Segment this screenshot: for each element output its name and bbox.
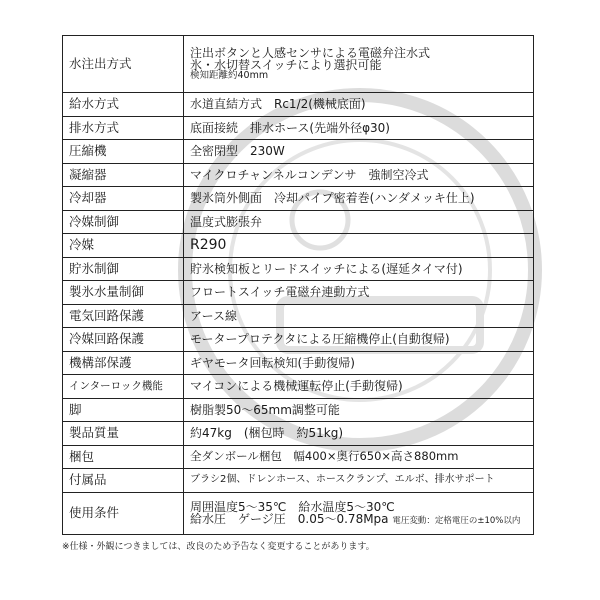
row-value: 約47kg (梱包時 約51kg) — [184, 422, 534, 446]
table-row: 電気回路保護アース線 — [63, 304, 534, 328]
value-line: 給水圧 ゲージ圧 0.05～0.78Mpa — [190, 512, 389, 526]
row-label: 電気回路保護 — [63, 304, 184, 328]
value-line: 電圧変動：定格電圧の±10%以内 — [392, 516, 520, 526]
row-value: 全密閉型 230W — [184, 140, 534, 164]
row-value: モータープロテクタによる圧縮機停止(自動復帰) — [184, 328, 534, 352]
row-value: 樹脂製50～65mm調整可能 — [184, 398, 534, 422]
row-value: フロートスイッチ電磁弁連動方式 — [184, 281, 534, 305]
table-row: 付属品ブラシ2個、ドレンホース、ホースクランプ、エルボ、排水サポート — [63, 469, 534, 493]
table-row: 使用条件 周囲温度5～35℃ 給水温度5～30℃ 給水圧 ゲージ圧 0.05～0… — [63, 492, 534, 534]
table-row: 梱包全ダンボール梱包 幅400×奥行650×高さ880mm — [63, 445, 534, 469]
value-line-2: 給水圧 ゲージ圧 0.05～0.78Mpa 電圧変動：定格電圧の±10%以内 — [190, 513, 533, 526]
row-value: 周囲温度5～35℃ 給水温度5～30℃ 給水圧 ゲージ圧 0.05～0.78Mp… — [184, 492, 534, 534]
table-row: 貯氷制御貯氷検知板とリードスイッチによる(遅延タイマ付) — [63, 257, 534, 281]
row-label: 冷却器 — [63, 187, 184, 211]
row-value: マイコンによる機械運転停止(手動復帰) — [184, 375, 534, 399]
row-label: 排水方式 — [63, 116, 184, 140]
value-line: 検知距離約40mm — [190, 71, 533, 81]
table-row: 圧縮機全密閉型 230W — [63, 140, 534, 164]
row-label: インターロック機能 — [63, 375, 184, 399]
table-row: 冷媒制御温度式膨張弁 — [63, 210, 534, 234]
table-row: 冷媒回路保護モータープロテクタによる圧縮機停止(自動復帰) — [63, 328, 534, 352]
table-row: 製氷水量制御フロートスイッチ電磁弁連動方式 — [63, 281, 534, 305]
table-row: 排水方式底面接続 排水ホース(先端外径φ30) — [63, 116, 534, 140]
row-value: 底面接続 排水ホース(先端外径φ30) — [184, 116, 534, 140]
row-label: 製氷水量制御 — [63, 281, 184, 305]
row-value: 注出ボタンと人感センサによる電磁弁注水式 氷・水切替スイッチにより選択可能 検知… — [184, 36, 534, 93]
row-label: 凝縮器 — [63, 163, 184, 187]
table-row: 凝縮器マイクロチャンネルコンデンサ 強制空冷式 — [63, 163, 534, 187]
row-value: 温度式膨張弁 — [184, 210, 534, 234]
row-value: 貯氷検知板とリードスイッチによる(遅延タイマ付) — [184, 257, 534, 281]
row-value: 製氷筒外側面 冷却パイプ密着巻(ハンダメッキ仕上) — [184, 187, 534, 211]
row-value: 水道直結方式 Rc1/2(機械底面) — [184, 93, 534, 117]
row-label: 冷媒 — [63, 234, 184, 258]
table-row: 機構部保護ギヤモータ回転検知(手動復帰) — [63, 351, 534, 375]
row-label: 貯氷制御 — [63, 257, 184, 281]
row-value: R290 — [184, 234, 534, 258]
row-label: 付属品 — [63, 469, 184, 493]
table-row: 冷媒R290 — [63, 234, 534, 258]
table-row: 給水方式水道直結方式 Rc1/2(機械底面) — [63, 93, 534, 117]
row-value: ブラシ2個、ドレンホース、ホースクランプ、エルボ、排水サポート — [184, 469, 534, 493]
table-row: 製品質量約47kg (梱包時 約51kg) — [63, 422, 534, 446]
table-row: 脚樹脂製50～65mm調整可能 — [63, 398, 534, 422]
row-label: 脚 — [63, 398, 184, 422]
row-value: マイクロチャンネルコンデンサ 強制空冷式 — [184, 163, 534, 187]
row-label: 冷媒回路保護 — [63, 328, 184, 352]
footnote: ※仕様・外観につきましては、改良のため予告なく変更することがあります。 — [62, 539, 375, 552]
table-row: 冷却器製氷筒外側面 冷却パイプ密着巻(ハンダメッキ仕上) — [63, 187, 534, 211]
row-label: 機構部保護 — [63, 351, 184, 375]
row-value: アース線 — [184, 304, 534, 328]
row-value: ギヤモータ回転検知(手動復帰) — [184, 351, 534, 375]
spec-table: 水注出方式 注出ボタンと人感センサによる電磁弁注水式 氷・水切替スイッチにより選… — [62, 35, 534, 535]
row-label: 冷媒制御 — [63, 210, 184, 234]
row-label: 製品質量 — [63, 422, 184, 446]
row-label: 給水方式 — [63, 93, 184, 117]
row-label: 使用条件 — [63, 492, 184, 534]
row-label: 梱包 — [63, 445, 184, 469]
table-row: インターロック機能マイコンによる機械運転停止(手動復帰) — [63, 375, 534, 399]
table-row: 水注出方式 注出ボタンと人感センサによる電磁弁注水式 氷・水切替スイッチにより選… — [63, 36, 534, 93]
row-value: 全ダンボール梱包 幅400×奥行650×高さ880mm — [184, 445, 534, 469]
row-label: 圧縮機 — [63, 140, 184, 164]
row-label: 水注出方式 — [63, 36, 184, 93]
